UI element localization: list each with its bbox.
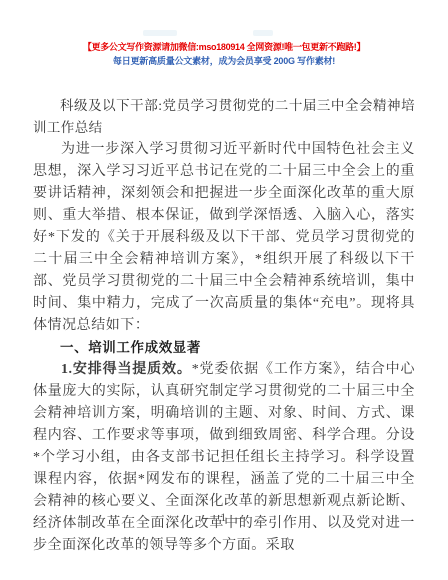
document-body: 科级及以下干部:党员学习贯彻党的二十届三中全会精神培训工作总结 为进一步深入学习… (33, 95, 415, 557)
document-page: 【更多公文写作资源请加微信:mso180914 全网资源!唯一包更新不跑路!】 … (0, 0, 448, 580)
document-title: 科级及以下干部:党员学习贯彻党的二十届三中全会精神培训工作总结 (33, 95, 415, 139)
page-number: — 1 — (0, 511, 448, 525)
promo-banner: 【更多公文写作资源请加微信:mso180914 全网资源!唯一包更新不跑路!】 … (0, 40, 448, 68)
promo-banner-line1: 【更多公文写作资源请加微信:mso180914 全网资源!唯一包更新不跑路!】 (0, 40, 448, 54)
body-paragraph-2: 1.安排得当提质效。*党委依据《工作方案》，结合中心体量庞大的实际，认真研究制定… (33, 359, 415, 557)
promo-banner-line2: 每日更新高质量公文素材，成为会员享受 200G 写作素材! (0, 54, 448, 68)
sub-paragraph-lead: 1.安排得当提质效。 (61, 362, 192, 377)
faint-highlight-mark (143, 30, 177, 36)
section-heading: 一、培训工作成效显著 (33, 337, 415, 359)
faint-highlight-mark (253, 30, 273, 36)
body-paragraph-1: 为进一步深入学习贯彻习近平新时代中国特色社会主义思想，深入学习习近平总书记在党的… (33, 139, 415, 337)
